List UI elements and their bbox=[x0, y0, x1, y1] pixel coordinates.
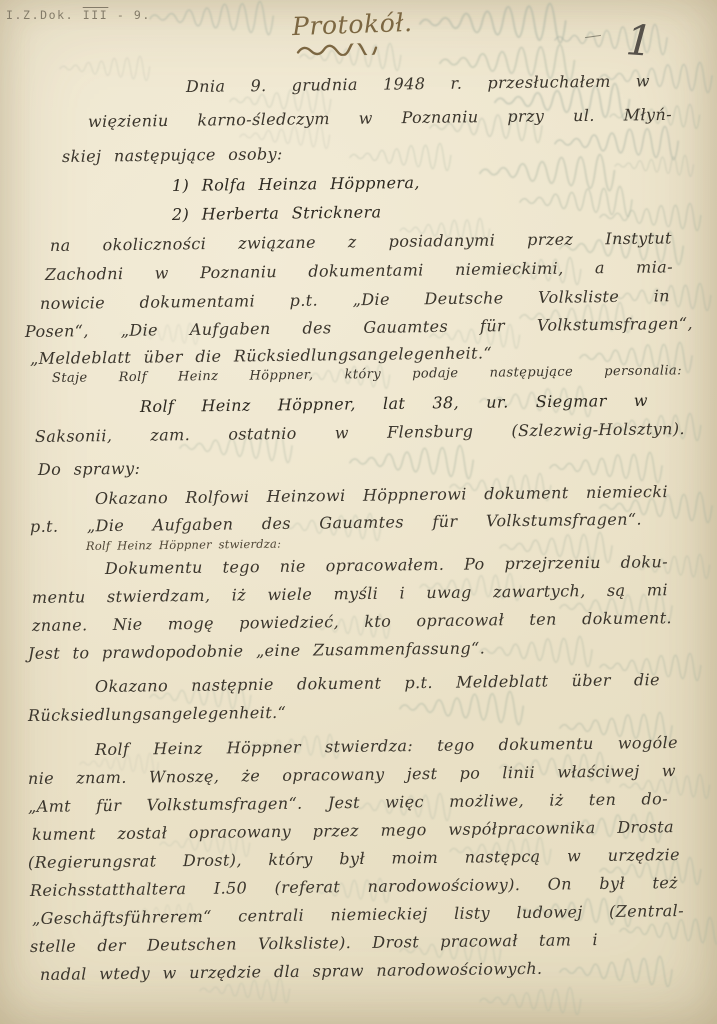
manuscript-line: Okazano Rolfowi Heinzowi Höppnerowi doku… bbox=[95, 483, 668, 508]
page-number: 1 bbox=[625, 19, 655, 63]
manuscript-line: Posen“, „Die Aufgaben des Gauamtes für V… bbox=[25, 315, 693, 342]
manuscript-line: Saksonii, zam. ostatnio w Flensburg (Szl… bbox=[35, 420, 685, 446]
manuscript-line: Dokumentu tego nie opracowałem. Po przej… bbox=[105, 553, 668, 578]
archive-label-prefix: I.Z.Dok. bbox=[6, 8, 74, 22]
manuscript-line: nowicie dokumentami p.t. „Die Deutsche V… bbox=[40, 287, 670, 313]
archive-label: I.Z.Dok. III - 9. bbox=[6, 8, 151, 22]
manuscript-line: Jest to prawdopodobnie „eine Zusammenfas… bbox=[28, 639, 485, 663]
manuscript-line: nadal wtedy w urzędzie dla spraw narodow… bbox=[40, 960, 543, 985]
manuscript-line: stelle der Deutschen Volksliste). Drost … bbox=[30, 931, 598, 956]
manuscript-line: „Amt für Volkstumsfragen“. Jest więc moż… bbox=[28, 790, 668, 816]
manuscript-line: więzieniu karno-śledczym w Poznaniu przy… bbox=[88, 106, 672, 132]
manuscript-line: Zachodni w Poznaniu dokumentami niemieck… bbox=[45, 258, 673, 284]
manuscript-line: Staje Rolf Heinz Höppner, który podaje n… bbox=[52, 364, 682, 387]
page-title: Protokół. bbox=[292, 8, 414, 41]
manuscript-line: p.t. „Die Aufgaben des Gauamtes für Volk… bbox=[30, 511, 642, 537]
stray-pen-mark bbox=[585, 35, 601, 38]
manuscript-line: Rolf Heinz Höppner, lat 38, ur. Siegmar … bbox=[140, 392, 648, 417]
manuscript-line: Reichsstatthaltera I.50 (referat narodow… bbox=[30, 874, 678, 900]
manuscript-line: skiej następujące osoby: bbox=[62, 145, 283, 166]
manuscript-line-interlinear: Rolf Heinz Höppner stwierdza: bbox=[86, 538, 281, 554]
archive-label-suffix: - 9. bbox=[117, 8, 151, 22]
manuscript-line: Dnia 9. grudnia 1948 r. przesłuchałem w bbox=[186, 72, 650, 96]
manuscript-line: 2) Herberta Stricknera bbox=[172, 203, 382, 224]
manuscript-line: Rolf Heinz Höppner stwierdza: tego dokum… bbox=[95, 734, 678, 760]
manuscript-line: Rücksiedlungsangelegenheit.“ bbox=[28, 704, 286, 726]
manuscript-line: nie znam. Wnoszę, że opracowany jest po … bbox=[28, 762, 676, 788]
archive-label-roman-numeral: III bbox=[83, 8, 109, 22]
manuscript-line: „Geschäftsführerem“ centrali niemieckiej… bbox=[32, 902, 684, 928]
title-underline-flourish bbox=[296, 43, 382, 58]
manuscript-line: na okoliczności związane z posiadanymi p… bbox=[50, 229, 672, 255]
manuscript-line: Okazano następnie dokument p.t. Meldebla… bbox=[95, 671, 660, 696]
manuscript-line: znane. Nie mogę powiedzieć, kto opracowa… bbox=[32, 609, 672, 635]
manuscript-line: 1) Rolfa Heinza Höppnera, bbox=[172, 174, 420, 195]
manuscript-line: „Meldeblatt über die Rücksiedlungsangele… bbox=[30, 344, 492, 368]
manuscript-line: Do sprawy: bbox=[38, 460, 141, 480]
manuscript-line: (Regierungsrat Drost), który był moim na… bbox=[28, 846, 680, 872]
manuscript-line: mentu stwierdzam, iż wiele myśli i uwag … bbox=[32, 581, 668, 607]
manuscript-line: kument został opracowany przez mego wspó… bbox=[32, 818, 674, 844]
manuscript-page: I.Z.Dok. III - 9. Protokół. 1 Dnia 9. gr… bbox=[0, 0, 717, 1024]
